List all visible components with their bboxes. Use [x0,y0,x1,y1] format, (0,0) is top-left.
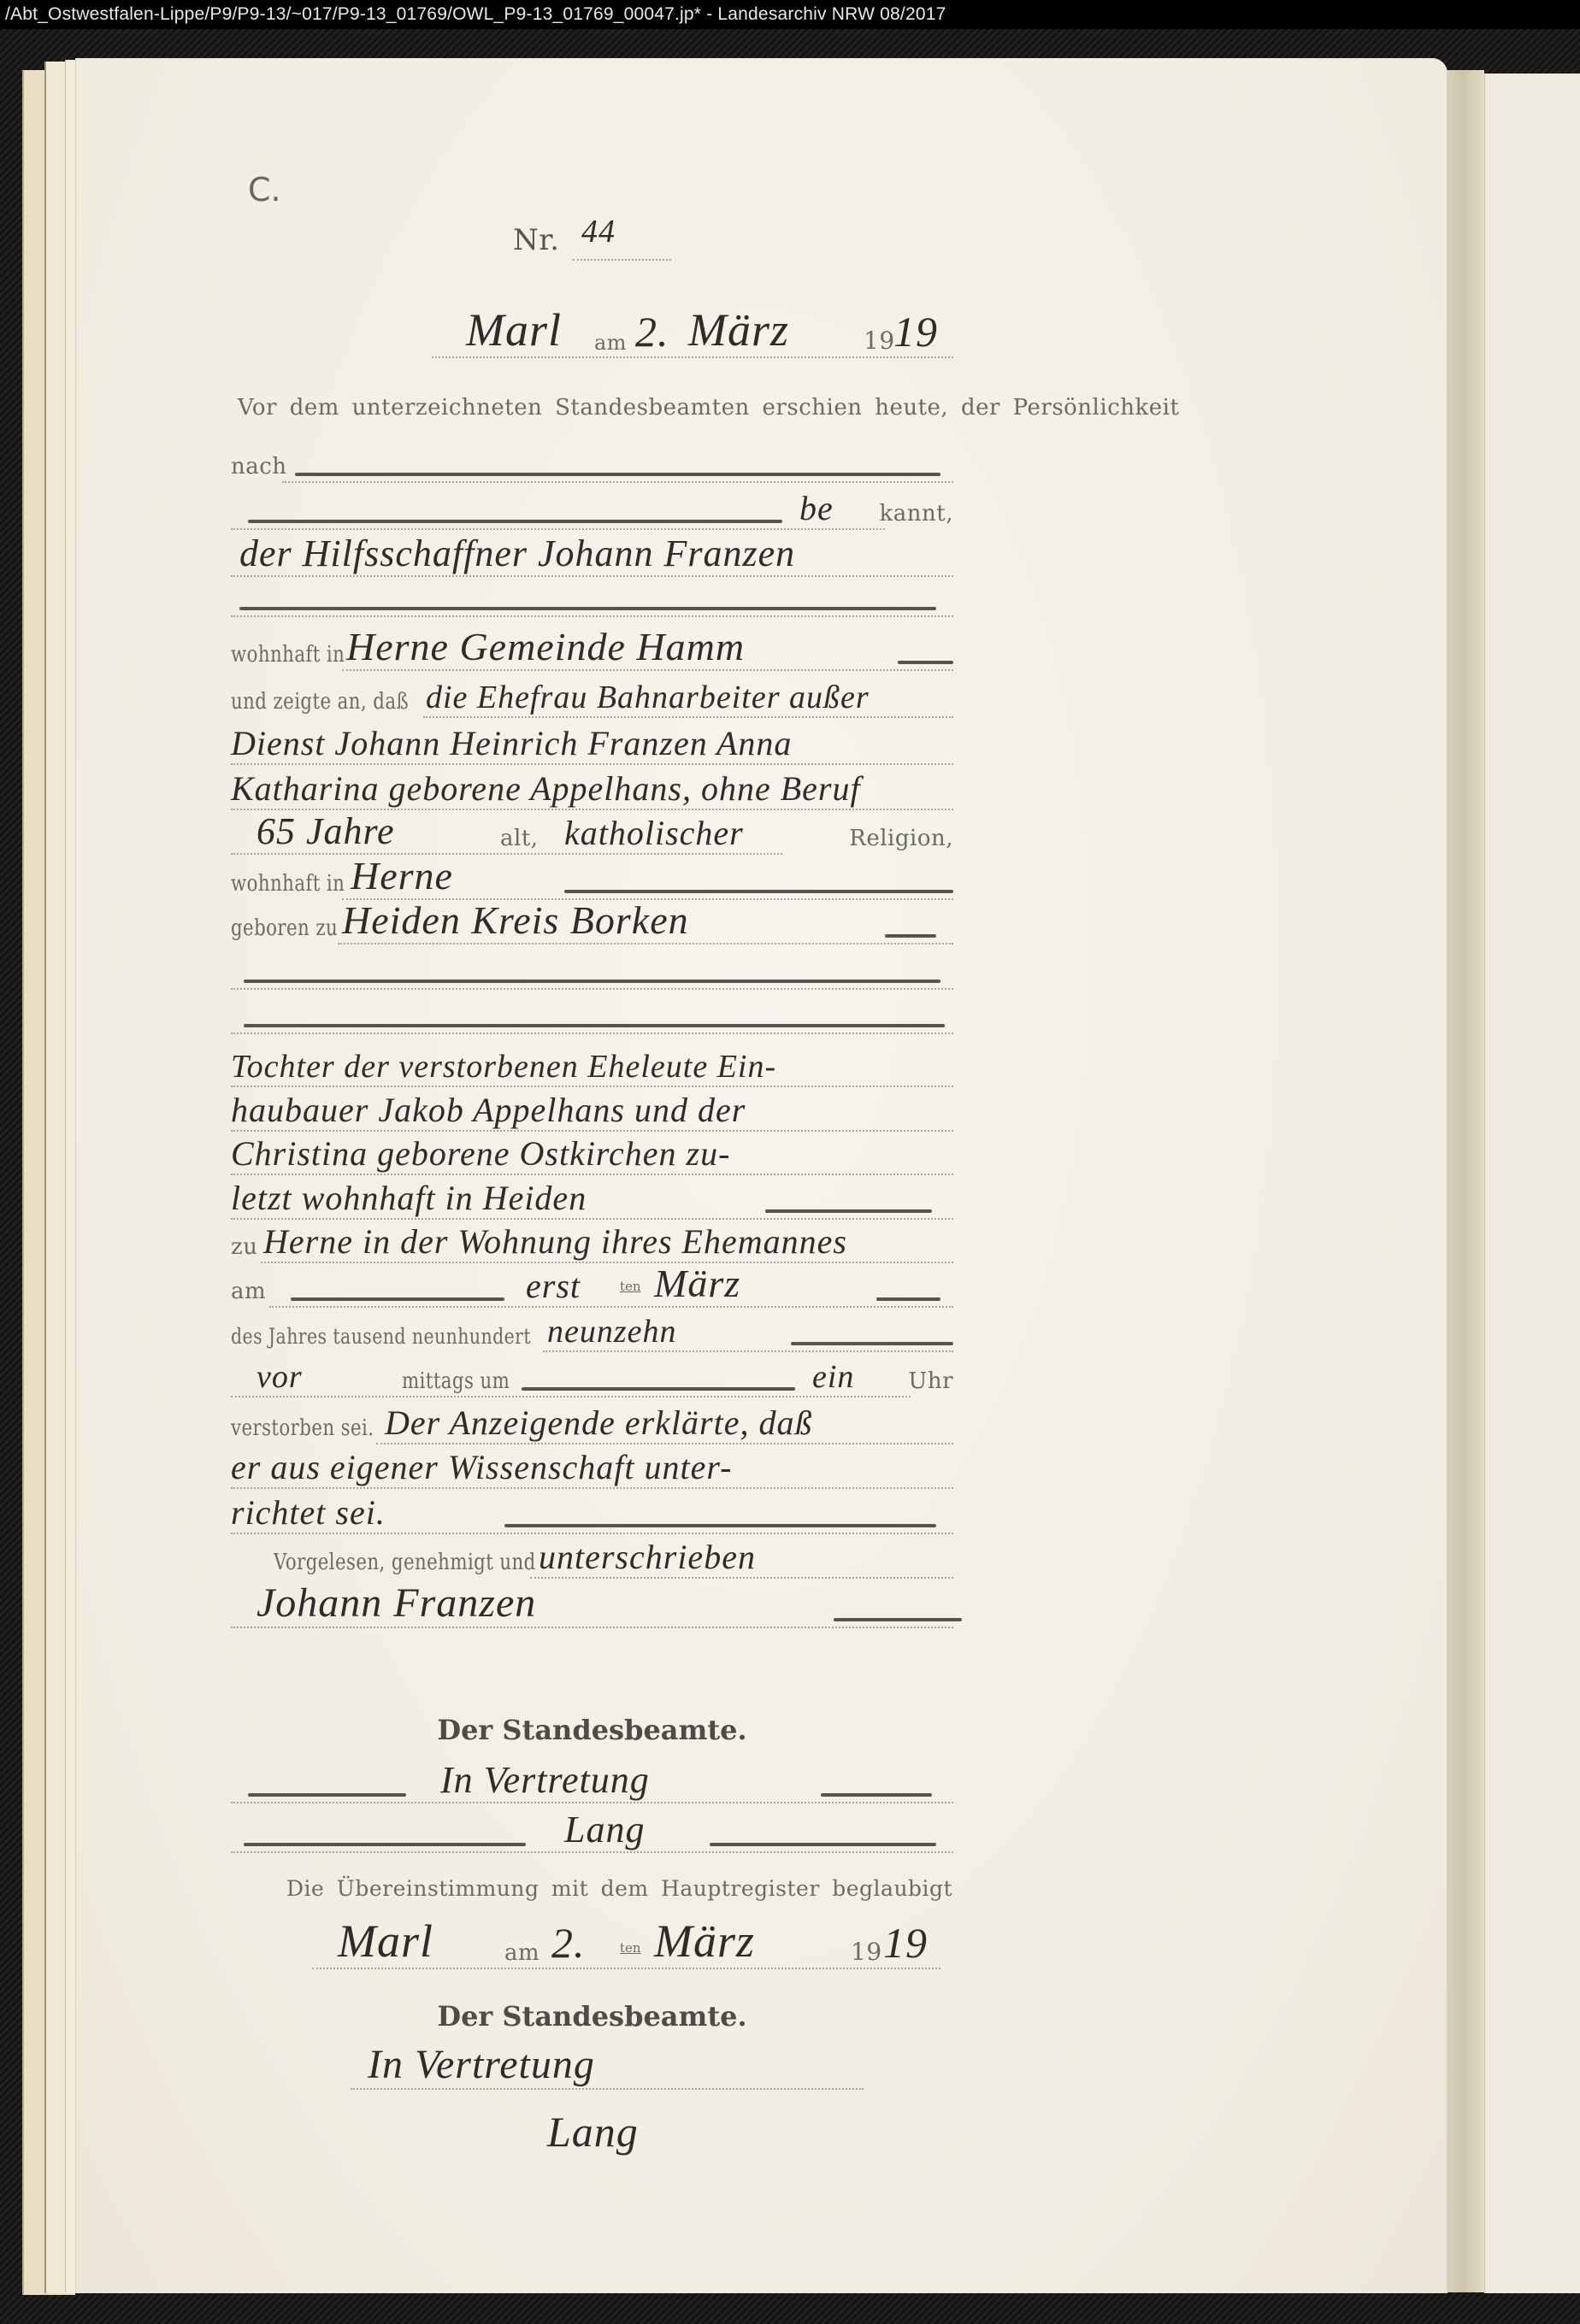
deceased-row-3: Katharina geborene Appelhans, ohne Beruf [231,768,953,815]
vorgelesen-value: unterschrieben [539,1537,756,1577]
declaration-line-3: richtet sei. [231,1492,386,1533]
place-date-row: Marl am 2. März 19 19 [432,303,953,363]
informant-signature-row: Johann Franzen [231,1586,953,1633]
wohnhaft-label: wohnhaft in [231,642,345,668]
death-place-row: zu Herne in der Wohnung ihres Ehemannes [231,1221,953,1268]
hour-value: ein [812,1358,854,1396]
number-label: Nr. [513,223,560,257]
deceased-residence: Herne [351,853,453,898]
year-suffix: 19 [893,307,938,356]
verstorben-label: verstorben sei. [231,1415,374,1441]
alt-label: alt, [500,826,539,851]
age-value: 65 Jahre [256,809,395,853]
book-spine [1447,70,1484,2292]
vorgelesen-label: Vorgelesen, genehmigt und [274,1550,536,1575]
viewer-title-bar: /Abt_Ostwestfalen-Lippe/P9/P9-13/~017/P9… [0,0,1580,29]
parents-line-2: haubauer Jakob Appelhans und der [231,1090,746,1130]
death-month: März [654,1261,740,1306]
age-religion-row: 65 Jahre alt, katholischer Religion, [231,812,953,860]
declaration-row-1: verstorben sei. Der Anzeigende erklärte,… [231,1402,953,1450]
parents-line-4: letzt wohnhaft in Heiden [231,1178,587,1218]
birthplace: Heiden Kreis Borken [342,897,689,943]
cert-year-prefix: 19 [851,1938,882,1966]
cert-ten-suffix: ten [620,1940,641,1956]
birthplace-line-3 [231,991,953,1039]
religion-label: Religion, [849,826,953,851]
day: 2. [635,307,669,356]
cert-month: März [654,1915,755,1968]
informant-signature[interactable]: Johann Franzen [256,1580,536,1627]
registrar-heading: Der Standesbeamte. [231,1714,953,1746]
born-label: geboren zu [231,915,338,941]
uhr-label: Uhr [908,1368,953,1394]
parents-line-1: Tochter der verstorbenen Eheleute Ein- [231,1048,776,1086]
month: März [688,303,789,356]
registrar2-sig-line-1[interactable]: In Vertretung [368,2041,595,2088]
birthplace-line-2 [231,947,953,995]
death-place: Herne in der Wohnung ihres Ehemannes [263,1221,847,1262]
cert-place: Marl [338,1915,433,1968]
cert-am-label: am [504,1940,539,1966]
nach-label: nach [231,454,287,480]
parents-row-3: Christina geborene Ostkirchen zu- [231,1133,953,1180]
informant-line-2 [231,574,953,622]
parents-line-3: Christina geborene Ostkirchen zu- [231,1133,730,1174]
parents-row-2: haubauer Jakob Appelhans und der [231,1089,953,1137]
informant-residence-row: wohnhaft in Herne Gemeinde Hamm [231,628,953,676]
deceased-row-2: Dienst Johann Heinrich Franzen Anna [231,722,953,770]
registrar2-sig-line-2[interactable]: Lang [547,2107,639,2156]
deceased-residence-label: wohnhaft in [231,871,345,897]
parents-row-1: Tochter der verstorbenen Eheleute Ein- [231,1044,953,1092]
intro-text: Vor dem unterzeichneten Standesbeamten e… [238,395,1179,421]
vor-value: vor [256,1358,303,1396]
registrar-signature-row-1: In Vertretung [231,1761,953,1809]
registrar-sig-line-2[interactable]: Lang [564,1808,645,1851]
religion-value: katholischer [564,813,744,853]
death-day: erst [526,1266,581,1306]
birthplace-row: geboren zu Heiden Kreis Borken [231,902,953,950]
declaration-line-2: er aus eigener Wissenschaft unter- [231,1447,732,1487]
record-number: 44 [581,213,616,250]
corner-mark: C. [248,171,281,209]
record-number-row: Nr. 44 [513,218,671,266]
vorgelesen-row: Vorgelesen, genehmigt und unterschrieben [274,1536,953,1584]
parents-row-4: letzt wohnhaft in Heiden [231,1177,953,1225]
am-label: am [231,1279,266,1304]
declaration-row-3: richtet sei. [231,1491,953,1539]
mittags-label: mittags um [402,1368,510,1394]
announcement-row: und zeigte an, daß die Ehefrau Bahnarbei… [231,675,953,723]
death-time-row: vor mittags um ein Uhr [231,1355,953,1403]
bekannt-label: kannt, [880,501,953,527]
informant-name: der Hilfsschaffner Johann Franzen [239,532,795,575]
declaration-row-2: er aus eigener Wissenschaft unter- [231,1446,953,1494]
cert-year-suffix: 19 [883,1918,928,1968]
bekannt-hand: be [799,488,834,528]
certification-place-date-row: Marl am 2. ten März 19 19 [312,1915,940,1974]
deceased-line-3: Katharina geborene Appelhans, ohne Beruf [231,768,861,809]
am-label: am [594,331,627,355]
year-prefix: 19 [864,327,895,355]
facing-page-edge [1484,74,1580,2293]
place: Marl [466,303,562,356]
death-year-row: des Jahres tausend neunhundert neunzehn [231,1309,953,1357]
year-value: neunzehn [547,1313,677,1350]
deceased-line-1: die Ehefrau Bahnarbeiter außer [426,679,870,716]
declaration-line-1: Der Anzeigende erklärte, daß [385,1403,812,1443]
death-date-row: am erst ten März [231,1265,953,1313]
registrar-sig-line-1[interactable]: In Vertretung [440,1758,650,1802]
registrar2-signature-row: In Vertretung [351,2047,864,2095]
year-label: des Jahres tausend neunhundert [231,1324,531,1349]
ten-suffix: ten [620,1279,641,1294]
certification-text: Die Übereinstimmung mit dem Hauptregiste… [286,1876,952,1901]
zu-label: zu [231,1234,257,1260]
deceased-line-2: Dienst Johann Heinrich Franzen Anna [231,723,792,763]
registrar-heading-2: Der Standesbeamte. [231,2000,953,2033]
nach-row: nach [231,440,953,488]
informant-residence: Herne Gemeinde Hamm [346,624,745,669]
registrar-signature-row-2: Lang [231,1810,953,1858]
cert-day: 2. [551,1918,586,1968]
bekannt-row: be kannt, [231,487,953,535]
zeigte-label: und zeigte an, daß [231,689,409,715]
